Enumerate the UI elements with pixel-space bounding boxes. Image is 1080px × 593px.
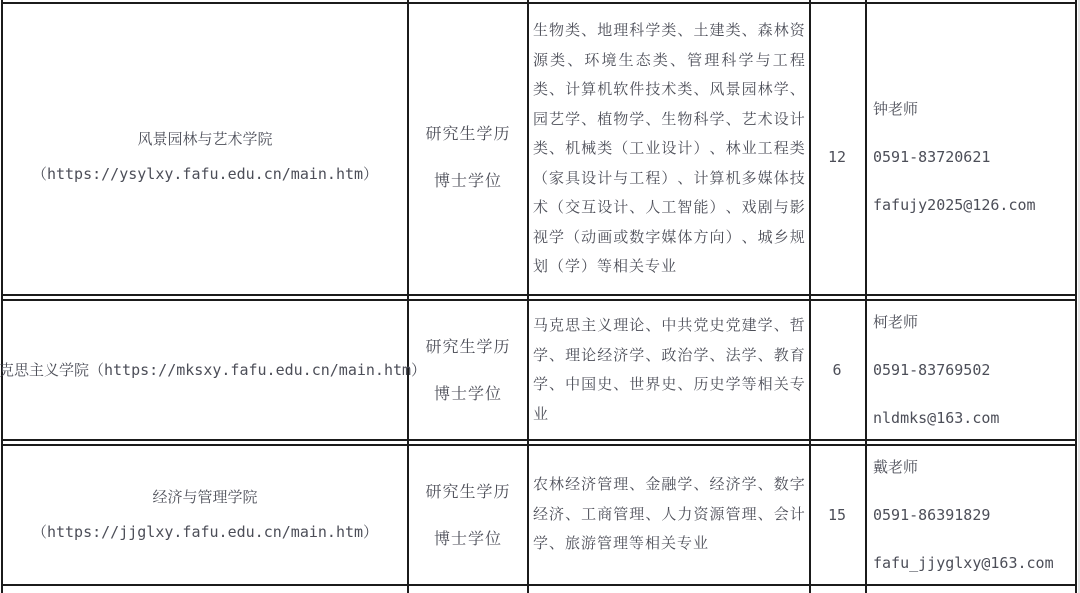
text-line: 0591-83769502 <box>873 346 1073 394</box>
text-line: 钟老师 <box>873 85 1073 133</box>
table-border-left <box>1 0 3 593</box>
text-line: fafujy2025@126.com <box>873 181 1073 229</box>
education-cell: 研究生学历博士学位 <box>411 4 525 294</box>
table-border-right <box>1075 0 1077 593</box>
text-line: 农林经济管理、金融学、经济学、数字 <box>533 470 805 500</box>
majors-cell: 生物类、地理科学类、土建类、森林资源类、环境生态类、管理科学与工程类、计算机软件… <box>531 4 807 294</box>
majors-cell: 马克思主义理论、中共党史党建学、哲学、理论经济学、政治学、法学、教育学、中国史、… <box>531 301 807 439</box>
education-cell: 研究生学历博士学位 <box>411 301 525 439</box>
text-line: 博士学位 <box>434 515 502 562</box>
contact-cell: 钟老师0591-83720621fafujy2025@126.com <box>867 4 1073 294</box>
text-line: nldmks@163.com <box>873 394 1073 442</box>
majors-cell: 农林经济管理、金融学、经济学、数字经济、工商管理、人力资源管理、会计学、旅游管理… <box>531 445 807 584</box>
text-line: 经济、工商管理、人力资源管理、会计 <box>533 500 805 530</box>
text-line: 0591-86391829 <box>873 491 1073 539</box>
count-cell: 15 <box>811 445 863 584</box>
text-line: 源类、环境生态类、管理科学与工程 <box>533 46 805 76</box>
text-line: 戴老师 <box>873 443 1073 491</box>
text-line: 视学（动画或数字媒体方向）、城乡规 <box>533 223 805 253</box>
text-line: 经济与管理学院 <box>152 480 257 515</box>
count-cell: 6 <box>811 301 863 439</box>
text-line: 划（学）等相关专业 <box>533 252 805 282</box>
education-cell: 研究生学历博士学位 <box>411 445 525 584</box>
text-line: 学、旅游管理等相关专业 <box>533 529 805 559</box>
text-line: fafu_jjyglxy@163.com <box>873 539 1073 587</box>
text-line: （家具设计与工程）、计算机多媒体技 <box>533 164 805 194</box>
text-line: 研究生学历 <box>425 110 510 157</box>
text-line: 业 <box>533 400 805 430</box>
college-cell: 经济与管理学院（https://jjglxy.fafu.edu.cn/main.… <box>5 445 405 584</box>
row1-bottom-border <box>1 294 1077 296</box>
document-page: 风景园林与艺术学院（https://ysylxy.fafu.edu.cn/mai… <box>0 0 1080 593</box>
text-line: 园艺学、植物学、生物科学、艺术设计 <box>533 105 805 135</box>
text-line: 类、计算机软件技术类、风景园林学、 <box>533 75 805 105</box>
text-line: 博士学位 <box>434 157 502 204</box>
text-line: 类、机械类（工业设计）、林业工程类 <box>533 134 805 164</box>
text-line: （https://jjglxy.fafu.edu.cn/main.htm） <box>32 515 378 550</box>
text-line: 学、中国史、世界史、历史学等相关专 <box>533 370 805 400</box>
text-line: 研究生学历 <box>425 323 510 370</box>
contact-cell: 柯老师0591-83769502nldmks@163.com <box>867 301 1073 439</box>
text-line: 研究生学历 <box>425 468 510 515</box>
college-cell: 风景园林与艺术学院（https://ysylxy.fafu.edu.cn/mai… <box>5 4 405 294</box>
text-line: （https://ysylxy.fafu.edu.cn/main.htm） <box>32 157 378 192</box>
text-line: 学、理论经济学、政治学、法学、教育 <box>533 341 805 371</box>
college-cell: 马克思主义学院（https://mksxy.fafu.edu.cn/main.h… <box>5 301 405 439</box>
text-line: 0591-83720621 <box>873 133 1073 181</box>
text-line: 术（交互设计、人工智能）、戏剧与影 <box>533 193 805 223</box>
table-border-col1-col2 <box>407 0 409 593</box>
text-line: 柯老师 <box>873 298 1073 346</box>
text-line: 风景园林与艺术学院 <box>137 122 272 157</box>
contact-cell: 戴老师0591-86391829fafu_jjyglxy@163.com <box>867 445 1073 584</box>
text-line: 博士学位 <box>434 370 502 417</box>
text-line: 马克思主义理论、中共党史党建学、哲 <box>533 311 805 341</box>
text-line: 生物类、地理科学类、土建类、森林资 <box>533 16 805 46</box>
count-cell: 12 <box>811 4 863 294</box>
text-line: 马克思主义学院（https://mksxy.fafu.edu.cn/main.h… <box>0 353 426 388</box>
table-border-col2-col3 <box>527 0 529 593</box>
